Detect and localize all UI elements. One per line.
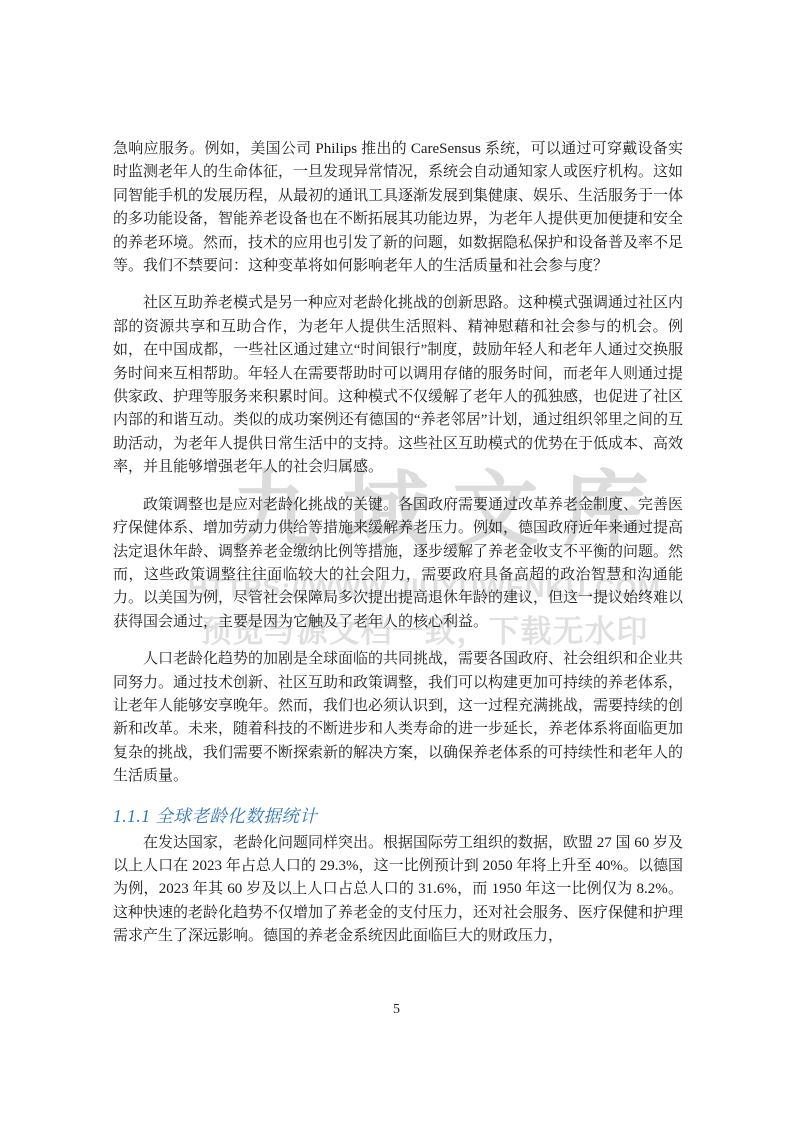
paragraph-community-mutual-aid: 社区互助养老模式是另一种应对老龄化挑战的创新思路。这种模式强调通过社区内部的资源… [113,292,683,479]
paragraph-global-aging-challenge: 人口老龄化趋势的加剧是全球面临的共同挑战，需要各国政府、社会组织和企业共同努力。… [113,648,683,788]
paragraph-smart-eldercare-tech: 急响应服务。例如，美国公司 Philips 推出的 CareSensus 系统，… [113,138,683,278]
paragraph-developed-countries-data: 在发达国家，老龄化问题同样突出。根据国际劳工组织的数据，欧盟 27 国 60 岁… [113,832,683,949]
paragraph-policy-adjustment: 政策调整也是应对老龄化挑战的关键。各国政府需要通过改革养老金制度、完善医疗保健体… [113,494,683,634]
section-heading-aging-statistics: 1.1.1 全球老龄化数据统计 [113,803,683,829]
page-number: 5 [0,1002,793,1018]
page-body: 急响应服务。例如，美国公司 Philips 推出的 CareSensus 系统，… [113,138,683,963]
document-page: 九域文库 HTTPS://WWW.JIUYUWENKU.COM 预览与源文档一致… [0,0,793,1122]
